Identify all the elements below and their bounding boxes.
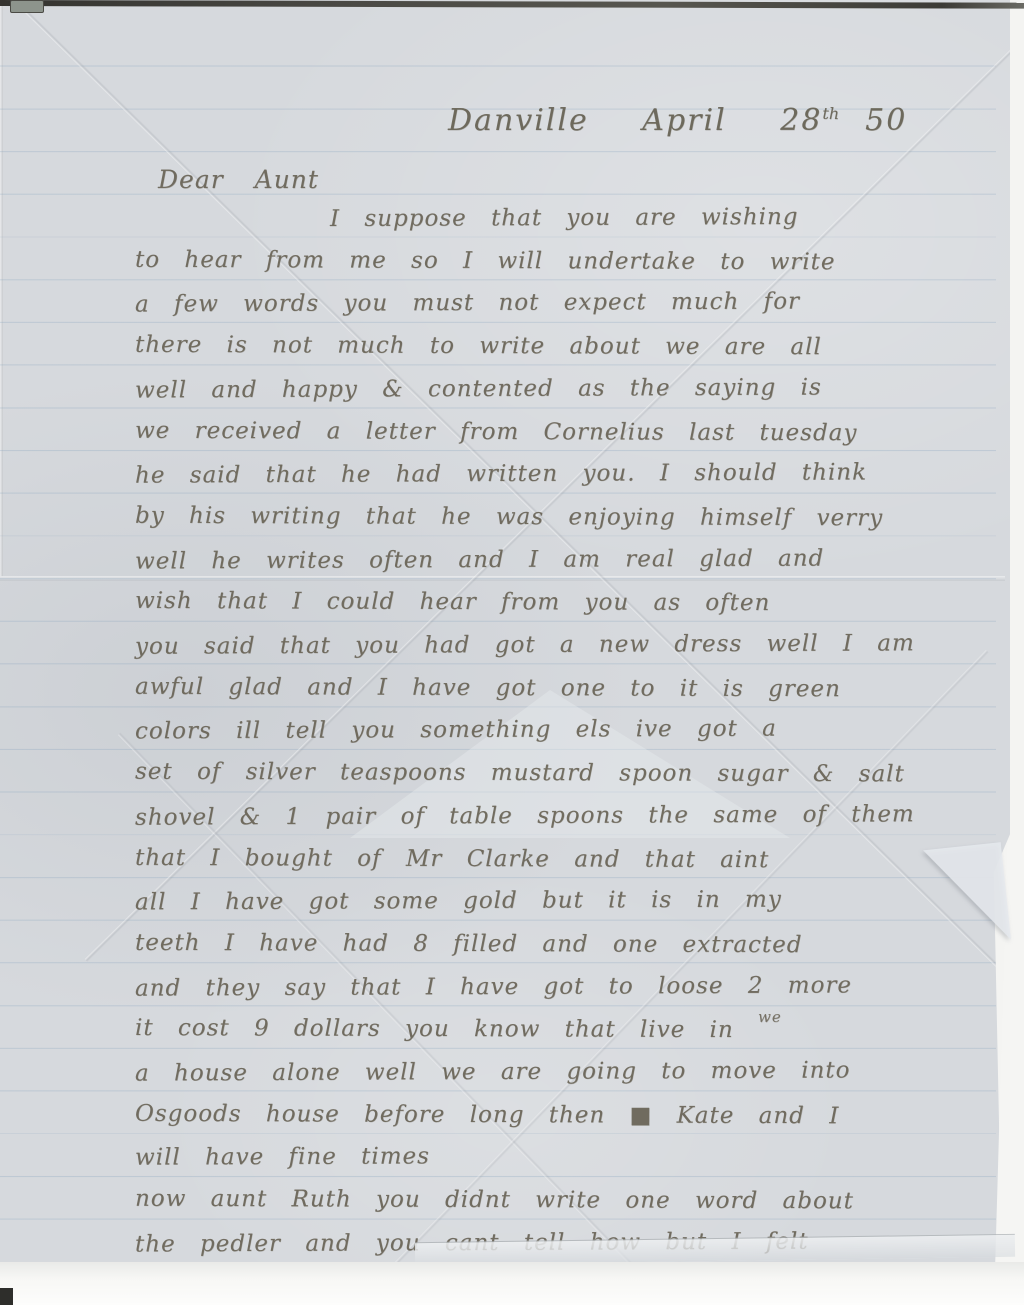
scanned-letter-page: Danville April 28th50 Dear Aunt I suppos… [0,0,1024,1305]
letter-paper: Danville April 28th50 Dear Aunt I suppos… [0,0,1010,1264]
letter-line: Osgoods house before long then ■ Kate an… [135,1100,839,1128]
letter-line: all I have got some gold but it is in my [135,887,782,916]
date-place: Danville [448,103,589,138]
letter-line: well and happy & contented as the saying… [135,374,822,403]
letter-line: by his writing that he was enjoying hims… [135,503,883,532]
letter-line: he said that he had written you. I shoul… [135,460,867,489]
letter-line: that I bought of Mr Clarke and that aint [135,844,769,872]
letter-line: shovel & 1 pair of table spoons the same… [135,801,915,830]
date-month-day: April 28 [642,103,822,138]
date-year: 50 [865,103,907,138]
letter-line: I suppose that you are wishing [330,204,799,232]
letter-line: now aunt Ruth you didnt write one word a… [135,1186,854,1215]
scan-bottom-background [0,1262,1024,1305]
date-line: Danville April 28th50 [448,103,907,138]
letter-line: you said that you had got a new dress we… [135,630,915,659]
salutation: Dear Aunt [158,165,319,194]
letter-line: awful glad and I have got one to it is g… [135,673,841,701]
letter-line: teeth I have had 8 filled and one extrac… [135,930,803,958]
letter-line: well he writes often and I am real glad … [135,545,824,574]
letter-line: set of silver teaspoons mustard spoon su… [135,759,905,788]
letter-line: colors ill tell you something els ive go… [135,716,777,745]
torn-corner [923,842,1011,948]
letter-line: a few words you must not expect much for [135,289,800,318]
letter-line: will have fine times [135,1144,430,1171]
letter-line: there is not much to write about we are … [135,332,822,360]
letter-line: it cost 9 dollars you know that live in [135,1015,734,1043]
scan-bottom-left-corner [0,1288,13,1305]
letter-line: to hear from me so I will undertake to w… [135,246,836,274]
letter-line: a house alone well we are going to move … [135,1057,851,1086]
scan-top-left-tab [10,0,44,13]
inserted-word: we [758,1008,782,1026]
letter-line: and they say that I have got to loose 2 … [135,972,852,1001]
letter-line: we received a letter from Cornelius last… [135,417,857,446]
letter-line: wish that I could hear from you as often [135,588,770,616]
date-suffix: th [822,104,839,123]
